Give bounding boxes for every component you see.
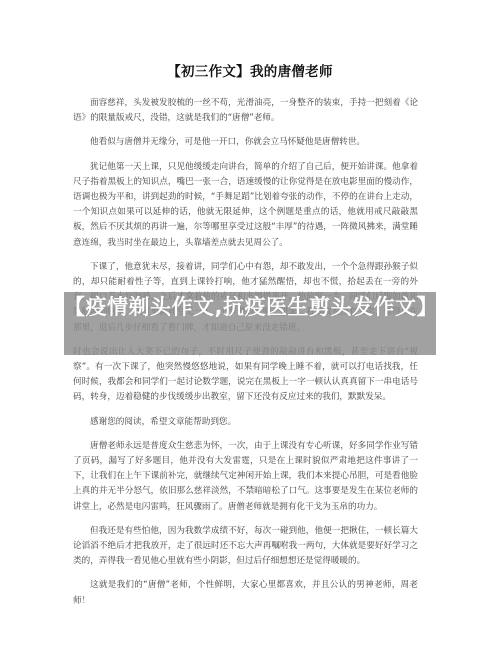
paragraph-9: 这就是我们的“唐僧”老师，个性鲜明，大家心里都喜欢，并且公认的男神老师，周老师！	[73, 578, 418, 608]
paragraph-1: 面容慈祥，头发被发胶梳的一丝不苟，光滑油亮，一身整齐的装束，手持一把刻着《论语》…	[73, 96, 418, 126]
paragraph-8: 但我还是有些怕他，因为我数学成绩不好，每次一碰到他，他便一把揪住，一顿长篇大论滔…	[73, 524, 418, 570]
document-page: 【初三作文】我的唐僧老师 面容慈祥，头发被发胶梳的一丝不苟，光滑油亮，一身整齐的…	[0, 0, 500, 647]
document-body: 面容慈祥，头发被发胶梳的一丝不苟，光滑油亮，一身整齐的装束，手持一把刻着《论语》…	[73, 96, 418, 618]
paragraph-7: 唐僧老师永远是普度众生慈悲为怀，一次，由于上课没有专心听课，好多同学作业写错了页…	[73, 439, 418, 515]
paragraph-2: 他看似与唐僧并无缘分，可是他一开口，你就会立马怀疑他是唐僧转世。	[73, 135, 418, 150]
document-title: 【初三作文】我的唐僧老师	[0, 60, 500, 80]
paragraph-6: 感谢您的阅读，希望文章能帮助到您。	[73, 415, 418, 430]
paragraph-3: 犹记他第一天上课，只见他缓缓走向讲台，简单的介绍了自己后，便开始讲课。他拿着尺子…	[73, 160, 418, 251]
overlay-banner-title[interactable]: 【疫情剃头作文,抗疫医生剪头发作文】	[64, 294, 436, 320]
